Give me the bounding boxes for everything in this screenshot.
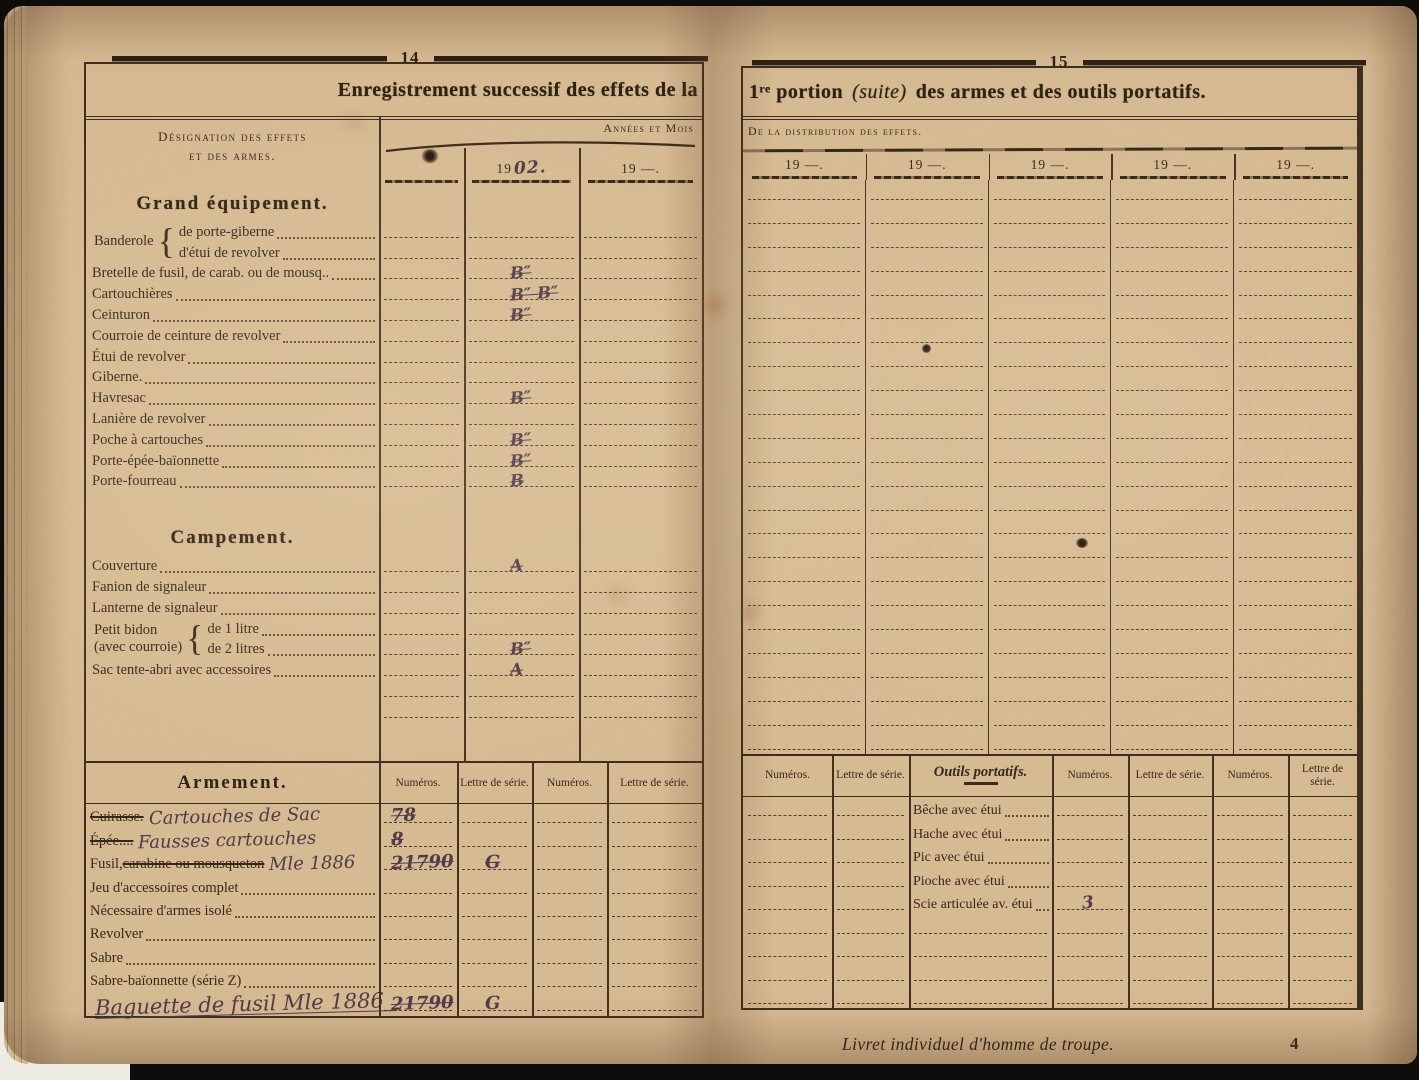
column-rule: [607, 763, 609, 1016]
row-rule: [537, 963, 602, 964]
tool-value-cell: [1128, 985, 1212, 1009]
year-cell: [579, 555, 702, 576]
printed-text: Fusil,: [90, 855, 123, 874]
row-rule: [1116, 271, 1228, 272]
row-rule: [1293, 1003, 1352, 1004]
row-rule: [871, 318, 983, 319]
row-rule: [612, 893, 697, 894]
row-rule: [584, 382, 697, 383]
row-rule: [384, 466, 459, 467]
grid-row: [743, 276, 865, 300]
row-rule: [612, 846, 697, 847]
year-cell: [379, 387, 464, 408]
row-rule: [1239, 271, 1352, 272]
year-label: 19 —.: [1031, 157, 1070, 173]
tool-value-cell: [743, 867, 832, 891]
effect-label-text: Couverture: [92, 557, 157, 576]
year-label: 19 —.: [621, 161, 660, 177]
row-rule: [994, 486, 1106, 487]
effect-label: de porte-giberne: [179, 221, 379, 242]
year-label-rule: [385, 180, 458, 183]
designation-line2: et des armes.: [86, 146, 379, 165]
grid-row: [1111, 538, 1233, 562]
row-rule: [871, 223, 983, 224]
row-rule: [837, 815, 904, 816]
row-rule: [469, 258, 574, 259]
grid-row: [989, 586, 1111, 610]
serial-letter-cell: G: [457, 851, 532, 874]
row-rule: [871, 581, 983, 582]
tool-value-cell: 3: [1052, 891, 1128, 915]
serial-letter-cell: [607, 968, 702, 991]
row-rule: [469, 592, 574, 593]
tool-value-cell: [1288, 797, 1357, 821]
grid-row: [989, 658, 1111, 682]
year-column: [989, 180, 1112, 753]
row-rule: [748, 749, 860, 750]
row-rule: [1116, 749, 1228, 750]
row-rule: [584, 258, 697, 259]
column-header-numeros: Numéros.: [1212, 756, 1288, 796]
row-rule: [1239, 581, 1352, 582]
grid-row: [1234, 634, 1357, 658]
row-rule: [914, 956, 1047, 957]
tool-value-cell: [1212, 797, 1288, 821]
grid-row: [1111, 682, 1233, 706]
effect-label: Fanion de signaleur: [86, 576, 379, 597]
year-cell: [379, 618, 464, 660]
brace-sublabels: de 1 litrede 2 litres: [207, 618, 379, 660]
handwritten-entry: Baguette de fusil Mle 1886: [95, 990, 394, 1019]
year-cell: B″: [464, 263, 579, 284]
row-rule: [384, 654, 459, 655]
tool-value-cell: [743, 938, 832, 962]
grid-row: [1234, 610, 1357, 634]
row-rule: [1293, 839, 1352, 840]
grid-row: [1111, 562, 1233, 586]
row-rule: [384, 696, 459, 697]
row-rule: [1293, 956, 1352, 957]
row-rule: [462, 986, 527, 987]
effect-label: Sac tente-abri avec accessoires: [86, 659, 379, 680]
row-rule: [871, 366, 983, 367]
grid-row: [1234, 323, 1357, 347]
row-rule: [871, 725, 983, 726]
effect-label-text: Cartouchières: [92, 285, 173, 304]
grid-row: [1234, 347, 1357, 371]
row-rule: [584, 613, 697, 614]
row-rule: [1116, 318, 1228, 319]
row-rule: [914, 1003, 1047, 1004]
effect-label: Ceinturon: [86, 304, 379, 325]
right-page-frame: 1ʳᵉ portion (suite) des armes et des out…: [741, 66, 1363, 1010]
row-rule: [1116, 653, 1228, 654]
grid-row: [1111, 515, 1233, 539]
grid-row: [1234, 706, 1357, 730]
row-rule: [469, 341, 574, 342]
grid-row: [989, 706, 1111, 730]
effect-label: Havresac: [86, 387, 379, 408]
row-rule: [748, 557, 860, 558]
tool-value-cell: [832, 797, 909, 821]
grid-row: [989, 730, 1111, 754]
row-rule: [1116, 414, 1228, 415]
year-label: 19 —.: [908, 157, 947, 173]
year-column-label: 19 —.: [1234, 157, 1357, 179]
row-rule: [1293, 815, 1352, 816]
row-line: [579, 639, 702, 660]
grid-row: [743, 228, 865, 252]
grid-row: [1111, 252, 1233, 276]
year-cell: [579, 429, 702, 450]
row-rule: [994, 414, 1106, 415]
row-rule: [1239, 414, 1352, 415]
brace-left: Banderole{de porte-giberned'étui de revo…: [86, 221, 379, 263]
tool-label-cell: Hache avec étui: [909, 820, 1052, 844]
grid-row: [866, 658, 988, 682]
grid-row: [866, 730, 988, 754]
tool-value-cell: [1288, 985, 1357, 1009]
grid-row: [1111, 706, 1233, 730]
effect-label-text: Bretelle de fusil, de carab. ou de mousq…: [92, 264, 329, 283]
row-rule: [384, 893, 452, 894]
grid-row: [743, 395, 865, 419]
grid-row: [989, 300, 1111, 324]
effect-label: d'étui de revolver: [179, 242, 379, 263]
right-table-header: De la distribution des effets. 19 —.19 —…: [743, 120, 1357, 180]
grid-row: [989, 371, 1111, 395]
effect-label: de 2 litres: [207, 639, 379, 660]
tools-row: Pic avec étui: [743, 844, 1357, 868]
tools-row: [743, 914, 1357, 938]
row-rule: [837, 839, 904, 840]
serial-number-cell: [532, 968, 607, 991]
armement-label: Sabre: [86, 944, 379, 967]
row-rule: [871, 533, 983, 534]
tool-value-cell: [1052, 867, 1128, 891]
struck-printed-text: Cuirasse.: [90, 808, 144, 827]
tool-label-cell: Scie articulée av. étui: [909, 891, 1052, 915]
grid-row: [1234, 443, 1357, 467]
handwritten-mark: B: [509, 471, 524, 491]
page-stack-edge: [4, 6, 28, 1064]
row-rule: [1116, 247, 1228, 248]
row-line: [464, 242, 579, 263]
year-label-rule: [874, 176, 980, 179]
row-line: [579, 221, 702, 242]
armement-label: Fusil, carabine ou mousquetonMle 1886: [86, 851, 379, 874]
tool-value-cell: [1128, 938, 1212, 962]
row-line: [464, 221, 579, 242]
equipment-row: Sac tente-abri avec accessoiresA: [86, 659, 702, 680]
row-rule: [384, 403, 459, 404]
serial-letter-cell: [607, 827, 702, 850]
row-rule: [462, 916, 527, 917]
column-header-numeros: Numéros.: [1052, 756, 1128, 796]
row-rule: [1217, 1003, 1283, 1004]
row-rule: [384, 717, 459, 718]
equipment-row: Porte-fourreauB: [86, 471, 702, 492]
handwritten-entry: Fausses cartouches: [138, 828, 317, 853]
row-rule: [748, 956, 827, 957]
row-rule: [584, 237, 697, 238]
row-rule: [1116, 533, 1228, 534]
grid-row: [989, 252, 1111, 276]
row-rule: [462, 939, 527, 940]
row-rule: [612, 986, 697, 987]
effect-label: Cartouchières: [86, 283, 379, 304]
serial-number-cell: 21790: [379, 851, 457, 874]
tools-row: Bêche avec étui: [743, 797, 1357, 821]
row-rule: [1239, 557, 1352, 558]
grid-row: [1111, 634, 1233, 658]
row-line: [464, 618, 579, 639]
row-rule: [748, 605, 860, 606]
row-rule: [1239, 605, 1352, 606]
armement-row: Baguette de fusil Mle 188621790G: [86, 991, 702, 1014]
armement-row: Nécessaire d'armes isolé: [86, 898, 702, 921]
effect-label-text: Courroie de ceinture de revolver: [92, 327, 280, 346]
year-cell: A: [464, 659, 579, 680]
tool-value-cell: [1052, 961, 1128, 985]
row-rule: [537, 893, 602, 894]
effect-label-text: Havresac: [92, 389, 146, 408]
row-rule: [1116, 462, 1228, 463]
brace-group-label: Petit bidon(avec courroie): [94, 618, 182, 660]
tool-value-cell: [743, 820, 832, 844]
grid-row: [1111, 228, 1233, 252]
year-cell: [379, 221, 464, 263]
grid-row: [989, 682, 1111, 706]
year-cell: [379, 408, 464, 429]
row-rule: [748, 295, 860, 296]
year-cell: B: [464, 471, 579, 492]
row-rule: [537, 869, 602, 870]
equipment-row: Courroie de ceinture de revolver: [86, 325, 702, 346]
armement-header-row: Armement. Numéros. Lettre de série. Numé…: [86, 763, 702, 804]
tool-value-cell: [1288, 867, 1357, 891]
left-table-header: Désignation des effets et des armes. Ann…: [86, 120, 702, 184]
handwritten-mark: B″: [509, 429, 532, 449]
row-rule: [462, 822, 527, 823]
row-rule: [1293, 909, 1352, 910]
tool-label-cell: [909, 961, 1052, 985]
year-cell: [379, 429, 464, 450]
decorative-rule: [112, 56, 387, 61]
column-header-numeros: Numéros.: [743, 756, 832, 796]
year-cell: [379, 701, 464, 722]
tool-value-cell: [743, 891, 832, 915]
tool-value-cell: [1128, 820, 1212, 844]
serial-letter-cell: G: [457, 991, 532, 1014]
row-rule: [994, 581, 1106, 582]
row-rule: [748, 581, 860, 582]
grid-row: [1111, 323, 1233, 347]
column-header-lettre: Lettre de série.: [1128, 756, 1212, 796]
tool-label-text: Pic avec étui: [913, 849, 985, 867]
row-rule: [584, 486, 697, 487]
struck-printed-text: carabine ou mousqueton: [123, 855, 265, 874]
tool-label-text: Pioche avec étui: [913, 873, 1005, 891]
equipment-row: Lanière de revolver: [86, 408, 702, 429]
grid-row: [866, 204, 988, 228]
year-cell: [579, 325, 702, 346]
handwritten-year: 02.: [514, 159, 547, 177]
grid-row: [989, 395, 1111, 419]
year-column: [1234, 180, 1357, 753]
brace-group-line: Banderole: [94, 233, 154, 250]
grid-row: [866, 515, 988, 539]
armement-section: Armement. Numéros. Lettre de série. Numé…: [86, 761, 702, 1016]
row-rule: [1217, 862, 1283, 863]
row-rule: [584, 717, 697, 718]
year-column-label: 19 —.: [1111, 157, 1234, 179]
row-rule: [469, 696, 574, 697]
armement-label: Baguette de fusil Mle 1886: [86, 991, 379, 1014]
column-header-numeros: Numéros.: [379, 763, 457, 803]
row-rule: [994, 510, 1106, 511]
equipment-row: HavresacB″: [86, 387, 702, 408]
year-cell: [579, 387, 702, 408]
grid-row: [1111, 730, 1233, 754]
row-rule: [748, 199, 860, 200]
grid-row: [1111, 395, 1233, 419]
row-rule: [994, 462, 1106, 463]
year-column-label: 19 —.: [579, 160, 702, 183]
serial-number-cell: [532, 921, 607, 944]
row-rule: [1133, 956, 1207, 957]
row-rule: [914, 933, 1047, 934]
row-rule: [994, 653, 1106, 654]
row-rule: [748, 815, 827, 816]
armement-row: Cuirasse.Cartouches de Sac78: [86, 804, 702, 827]
row-rule: [994, 533, 1106, 534]
year-label-rule: [1120, 176, 1226, 179]
tools-title-text: Outils portatifs.: [934, 766, 1027, 779]
row-rule: [837, 862, 904, 863]
grid-row: [1234, 658, 1357, 682]
serial-letter-cell: [457, 874, 532, 897]
row-rule: [537, 986, 602, 987]
grid-row: [743, 347, 865, 371]
printed-text: Sabre: [90, 949, 123, 968]
serial-number-cell: 21790: [379, 991, 457, 1014]
year-cell: B″ B″: [464, 283, 579, 304]
row-rule: [1116, 581, 1228, 582]
row-rule: [748, 438, 860, 439]
grid-row: [1234, 252, 1357, 276]
year-cell: [464, 576, 579, 597]
grid-row: [743, 252, 865, 276]
column-rule: [909, 756, 911, 1008]
row-rule: [748, 462, 860, 463]
row-rule: [584, 466, 697, 467]
row-rule: [1116, 725, 1228, 726]
tool-value-cell: [1212, 961, 1288, 985]
row-rule: [1217, 980, 1283, 981]
grid-row: [1234, 204, 1357, 228]
year-cell: [379, 325, 464, 346]
brace-icon: {: [186, 618, 203, 660]
year-label: 19 —.: [1276, 157, 1315, 173]
row-rule: [1239, 749, 1352, 750]
effect-label: Lanière de revolver: [86, 408, 379, 429]
column-rule: [832, 756, 834, 1008]
tools-header-row: Numéros. Lettre de série. Outils portati…: [743, 756, 1357, 797]
row-rule: [384, 278, 459, 279]
effect-label-text: Poche à cartouches: [92, 431, 203, 450]
printed-text: Sabre-baïonnette (série Z): [90, 972, 241, 991]
row-rule: [1239, 247, 1352, 248]
row-rule: [1057, 839, 1123, 840]
row-rule: [1217, 839, 1283, 840]
effect-label-text: de 1 litre: [207, 620, 259, 639]
grid-row: [866, 228, 988, 252]
grid-row: [989, 276, 1111, 300]
tool-value-cell: [743, 844, 832, 868]
row-rule: [871, 557, 983, 558]
effect-label: Lanterne de signaleur: [86, 597, 379, 618]
row-rule: [748, 725, 860, 726]
row-rule: [871, 414, 983, 415]
left-page-number-strip: 14: [112, 48, 708, 68]
row-rule: [1057, 815, 1123, 816]
grid-row: [989, 491, 1111, 515]
row-rule: [994, 366, 1106, 367]
year-column-label: 19 —.: [866, 157, 989, 179]
handwritten-entry: Cartouches de Sac: [148, 805, 320, 829]
tools-row: [743, 938, 1357, 962]
grid-row: [866, 300, 988, 324]
row-rule: [384, 986, 452, 987]
row-rule: [384, 299, 459, 300]
year-column-label: 19 —.: [989, 157, 1112, 179]
grid-row: [1111, 300, 1233, 324]
grid-row: [743, 706, 865, 730]
column-rule: [1288, 756, 1290, 1008]
year-cell: B″: [464, 304, 579, 325]
column-rule: [457, 763, 459, 1016]
effect-label: de 1 litre: [207, 618, 379, 639]
sheet-number: 4: [1290, 1034, 1299, 1054]
booklet-caption: Livret individuel d'homme de troupe.: [842, 1034, 1114, 1055]
distribution-rule: [743, 147, 1357, 153]
distribution-grid: [743, 180, 1357, 753]
grid-row: [989, 347, 1111, 371]
row-rule: [1133, 933, 1207, 934]
row-rule: [584, 341, 697, 342]
row-rule: [1217, 909, 1283, 910]
printed-text: Nécessaire d'armes isolé: [90, 902, 232, 921]
effect-label: Giberne.: [86, 367, 379, 388]
serial-number-cell: [379, 968, 457, 991]
row-rule: [1217, 886, 1283, 887]
handwritten-mark: B″: [509, 450, 532, 470]
serial-letter-cell: [607, 944, 702, 967]
effect-label-text: Fanion de signaleur: [92, 578, 206, 597]
row-rule: [837, 909, 904, 910]
distribution-header: De la distribution des effets.: [748, 124, 922, 139]
tool-label-text: Bêche avec étui: [913, 802, 1002, 820]
row-line: [579, 242, 702, 263]
handwritten-mark: B″: [509, 263, 532, 283]
armement-label: Cuirasse.Cartouches de Sac: [86, 804, 379, 827]
row-rule: [1133, 839, 1207, 840]
tool-value-cell: [1128, 867, 1212, 891]
effect-label-text: Lanière de revolver: [92, 410, 206, 429]
row-rule: [469, 424, 574, 425]
handwritten-mark: B″: [509, 387, 532, 407]
